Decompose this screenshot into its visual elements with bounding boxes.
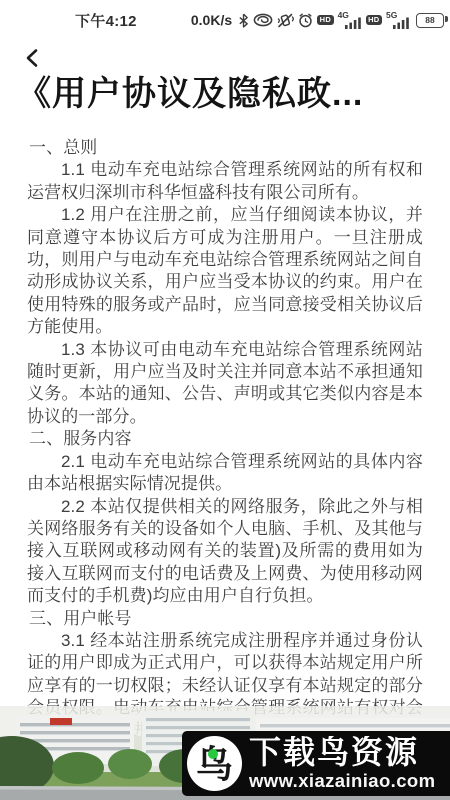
- watermark-site-url: www.xiazainiao.com: [249, 772, 435, 791]
- signal-5g: 5G: [386, 12, 410, 29]
- status-time: 下午4:12: [75, 10, 137, 31]
- section-heading-1: 一、总则: [27, 137, 423, 159]
- battery-percent: 88: [425, 16, 434, 25]
- chevron-left-icon: [23, 48, 43, 68]
- watermark-text: 下载鸟资源 www.xiazainiao.com: [249, 736, 435, 791]
- signal-bars-4g-icon: [345, 17, 362, 29]
- watermark-site-name: 下载鸟资源: [249, 736, 435, 768]
- status-bar: 下午4:12 0.0K/s HD 4G HD 5G: [0, 0, 450, 36]
- agreement-body: 一、总则 1.1 电动车充电站综合管理系统网站的所有权和运营权归深圳市科华恒盛科…: [27, 137, 423, 742]
- back-button[interactable]: [22, 48, 44, 68]
- hd-volte-badge-2: HD: [366, 15, 382, 26]
- status-icons: 0.0K/s HD 4G HD 5G: [191, 12, 444, 29]
- xiazainiao-logo: 鸟: [187, 736, 242, 791]
- hd-volte-badge-1: HD: [317, 15, 333, 26]
- paragraph-1-3: 1.3 本协议可由电动车充电站综合管理系统网站随时更新，用户应当及时关注并同意本…: [27, 339, 423, 429]
- watermark-banner: 鸟 下载鸟资源 www.xiazainiao.com: [182, 731, 450, 796]
- signal-bars-5g-icon: [393, 17, 410, 29]
- signal-4g: 4G: [338, 12, 362, 29]
- page-title: 《用户协议及隐私政...: [17, 74, 436, 114]
- alarm-clock-icon: [298, 13, 313, 28]
- paragraph-1-1: 1.1 电动车充电站综合管理系统网站的所有权和运营权归深圳市科华恒盛科技有限公司…: [27, 159, 423, 204]
- vibrate-off-icon: [277, 13, 294, 28]
- section-heading-2: 二、服务内容: [27, 428, 423, 450]
- bird-eye-dot-icon: [208, 749, 218, 759]
- data-saver-icon: [253, 13, 273, 27]
- paragraph-2-2: 2.2 本站仅提供相关的网络服务，除此之外与相关网络服务有关的设备如个人电脑、手…: [27, 496, 423, 608]
- app-screen: 下午4:12 0.0K/s HD 4G HD 5G: [0, 0, 450, 800]
- section-heading-3: 三、用户帐号: [27, 608, 423, 630]
- network-speed: 0.0K/s: [191, 12, 232, 28]
- paragraph-1-2: 1.2 用户在注册之前，应当仔细阅读本协议，并同意遵守本协议后方可成为注册用户。…: [27, 204, 423, 338]
- battery-indicator: 88: [416, 13, 444, 28]
- paragraph-2-1: 2.1 电动车充电站综合管理系统网站的具体内容由本站根据实际情况提供。: [27, 451, 423, 496]
- bluetooth-icon: [238, 13, 249, 28]
